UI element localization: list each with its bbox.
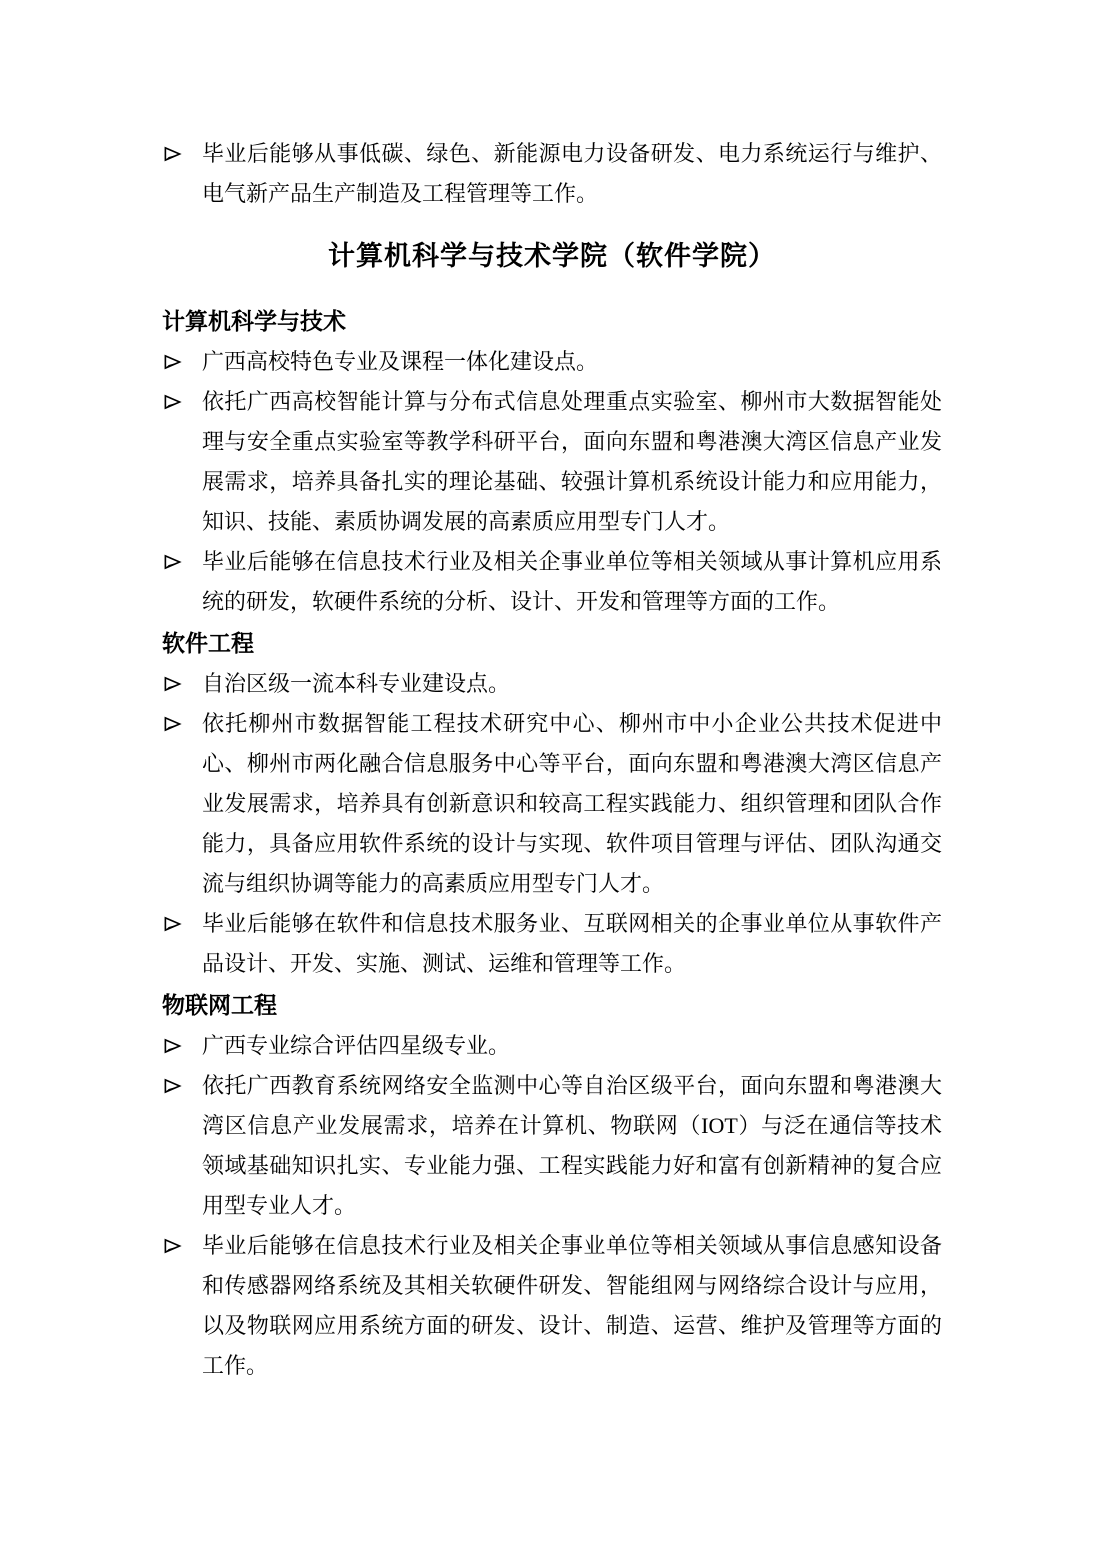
bullet-arrow-icon: [163, 1076, 182, 1096]
bullet-text: 毕业后能够在信息技术行业及相关企事业单位等相关领域从事信息感知设备和传感器网络系…: [202, 1233, 942, 1378]
bullet-text: 广西高校特色专业及课程一体化建设点。: [202, 349, 598, 374]
bullet-item: 依托广西教育系统网络安全监测中心等自治区级平台，面向东盟和粤港澳大湾区信息产业发…: [162, 1066, 942, 1226]
section-bullet-list: 广西高校特色专业及课程一体化建设点。依托广西高校智能计算与分布式信息处理重点实验…: [162, 342, 942, 622]
bullet-item: 自治区级一流本科专业建设点。: [162, 664, 942, 704]
sections-container: 计算机科学与技术广西高校特色专业及课程一体化建设点。依托广西高校智能计算与分布式…: [162, 302, 942, 1386]
intro-bullet-list: 毕业后能够从事低碳、绿色、新能源电力设备研发、电力系统运行与维护、电气新产品生产…: [162, 134, 942, 214]
bullet-text: 毕业后能够在信息技术行业及相关企事业单位等相关领域从事计算机应用系统的研发，软硬…: [202, 549, 942, 614]
bullet-arrow-icon: [163, 144, 182, 164]
bullet-arrow-icon: [163, 552, 182, 572]
section-heading: 软件工程: [162, 624, 942, 664]
bullet-item: 广西高校特色专业及课程一体化建设点。: [162, 342, 942, 382]
bullet-text: 依托广西教育系统网络安全监测中心等自治区级平台，面向东盟和粤港澳大湾区信息产业发…: [202, 1073, 942, 1218]
bullet-text: 毕业后能够从事低碳、绿色、新能源电力设备研发、电力系统运行与维护、电气新产品生产…: [202, 141, 942, 206]
major-section: 软件工程自治区级一流本科专业建设点。依托柳州市数据智能工程技术研究中心、柳州市中…: [162, 624, 942, 984]
bullet-item: 毕业后能够在信息技术行业及相关企事业单位等相关领域从事计算机应用系统的研发，软硬…: [162, 542, 942, 622]
bullet-arrow-icon: [163, 392, 182, 412]
bullet-item: 依托广西高校智能计算与分布式信息处理重点实验室、柳州市大数据智能处理与安全重点实…: [162, 382, 942, 542]
bullet-arrow-icon: [163, 352, 182, 372]
bullet-text: 自治区级一流本科专业建设点。: [202, 671, 510, 696]
major-section: 计算机科学与技术广西高校特色专业及课程一体化建设点。依托广西高校智能计算与分布式…: [162, 302, 942, 622]
section-bullet-list: 自治区级一流本科专业建设点。依托柳州市数据智能工程技术研究中心、柳州市中小企业公…: [162, 664, 942, 984]
bullet-arrow-icon: [163, 914, 182, 934]
bullet-text: 依托柳州市数据智能工程技术研究中心、柳州市中小企业公共技术促进中心、柳州市两化融…: [202, 711, 942, 896]
bullet-item: 毕业后能够在软件和信息技术服务业、互联网相关的企事业单位从事软件产品设计、开发、…: [162, 904, 942, 984]
page-title: 计算机科学与技术学院（软件学院）: [162, 234, 942, 278]
section-heading: 计算机科学与技术: [162, 302, 942, 342]
bullet-arrow-icon: [163, 1236, 182, 1256]
bullet-arrow-icon: [163, 1036, 182, 1056]
bullet-text: 依托广西高校智能计算与分布式信息处理重点实验室、柳州市大数据智能处理与安全重点实…: [202, 389, 942, 534]
bullet-item: 毕业后能够从事低碳、绿色、新能源电力设备研发、电力系统运行与维护、电气新产品生产…: [162, 134, 942, 214]
document-page: 毕业后能够从事低碳、绿色、新能源电力设备研发、电力系统运行与维护、电气新产品生产…: [0, 0, 1102, 1559]
bullet-item: 依托柳州市数据智能工程技术研究中心、柳州市中小企业公共技术促进中心、柳州市两化融…: [162, 704, 942, 904]
bullet-item: 广西专业综合评估四星级专业。: [162, 1026, 942, 1066]
bullet-text: 毕业后能够在软件和信息技术服务业、互联网相关的企事业单位从事软件产品设计、开发、…: [202, 911, 942, 976]
bullet-item: 毕业后能够在信息技术行业及相关企事业单位等相关领域从事信息感知设备和传感器网络系…: [162, 1226, 942, 1386]
section-bullet-list: 广西专业综合评估四星级专业。依托广西教育系统网络安全监测中心等自治区级平台，面向…: [162, 1026, 942, 1386]
bullet-text: 广西专业综合评估四星级专业。: [202, 1033, 510, 1058]
bullet-arrow-icon: [163, 674, 182, 694]
section-heading: 物联网工程: [162, 986, 942, 1026]
major-section: 物联网工程广西专业综合评估四星级专业。依托广西教育系统网络安全监测中心等自治区级…: [162, 986, 942, 1386]
bullet-arrow-icon: [163, 714, 182, 734]
